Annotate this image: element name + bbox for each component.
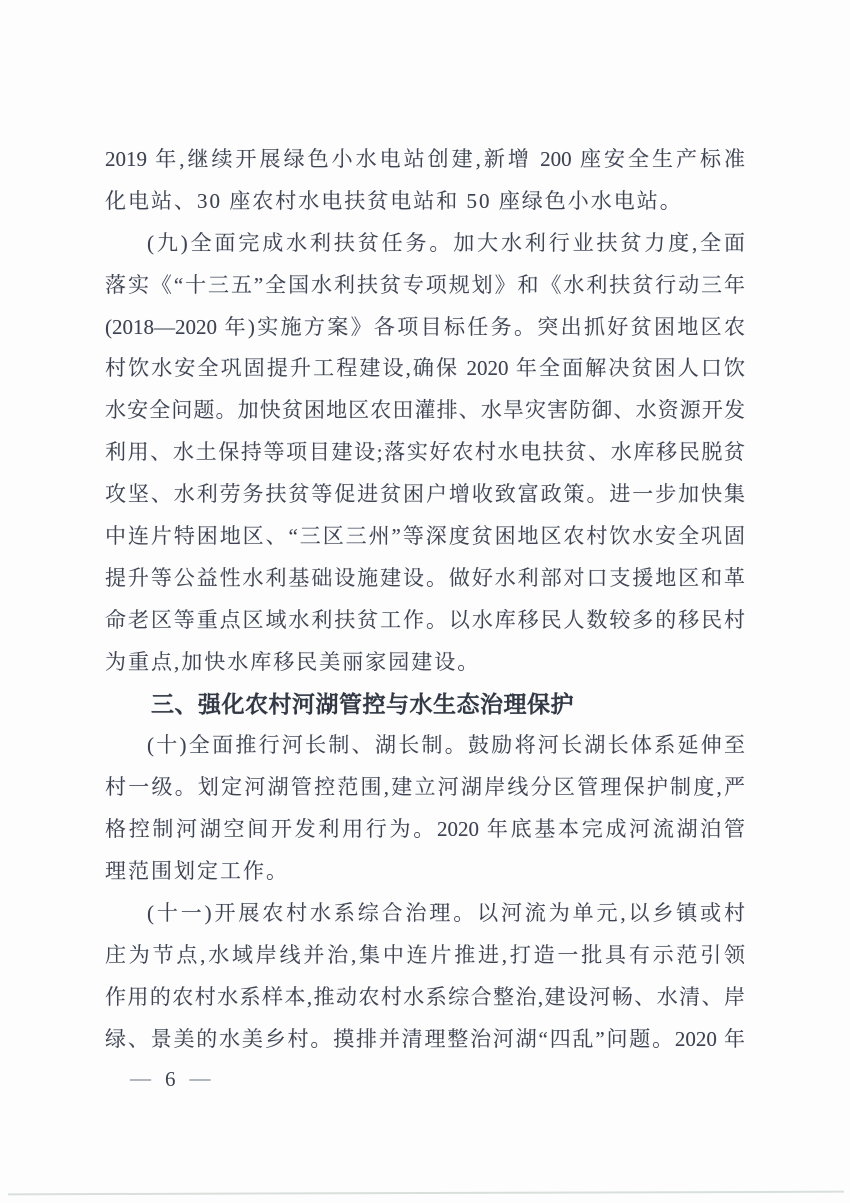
text-line: 村饮水安全巩固提升工程建设,确保 2020 年全面解决贫困人口饮 (105, 348, 745, 390)
text-line: 提升等公益性水利基础设施建设。做好水利部对口支援地区和革 (105, 558, 745, 600)
text-line: (十一)开展农村水系综合治理。以河流为单元,以乡镇或村 (105, 893, 745, 935)
page-footer: — 6 — (130, 1064, 211, 1094)
text-line: 为重点,加快水库移民美丽家园建设。 (105, 642, 745, 684)
text-line: (2018—2020 年)实施方案》各项目标任务。突出抓好贫困地区农 (105, 307, 745, 349)
text-line: 庄为节点,水域岸线并治,集中连片推进,打造一批具有示范引领 (105, 935, 745, 977)
text-line: 化电站、30 座农村水电扶贫电站和 50 座绿色小水电站。 (105, 181, 745, 223)
text-line: (九)全面完成水利扶贫任务。加大水利行业扶贫力度,全面 (105, 223, 745, 265)
text-line: 理范围划定工作。 (105, 851, 745, 893)
scan-page-edge-line (8, 1191, 844, 1196)
text-line: 村一级。划定河湖管控范围,建立河湖岸线分区管理保护制度,严 (105, 767, 745, 809)
text-line: 2019 年,继续开展绿色小水电站创建,新增 200 座安全生产标准 (105, 139, 745, 181)
footer-left-dash: — (130, 1063, 151, 1093)
section-heading: 三、强化农村河湖管控与水生态治理保护 (105, 684, 745, 726)
text-line: 水安全问题。加快贫困地区农田灌排、水旱灾害防御、水资源开发 (105, 390, 745, 432)
document-page: 2019 年,继续开展绿色小水电站创建,新增 200 座安全生产标准化电站、30… (0, 0, 850, 1203)
text-line: 作用的农村水系样本,推动农村水系综合整治,建设河畅、水清、岸 (105, 977, 745, 1019)
text-line: 攻坚、水利劳务扶贫等促进贫困户增收致富政策。进一步加快集 (105, 474, 745, 516)
footer-right-dash: — (190, 1063, 211, 1093)
page-number: 6 (165, 1064, 176, 1094)
text-line: 格控制河湖空间开发利用行为。2020 年底基本完成河流湖泊管 (105, 809, 745, 851)
text-line: (十)全面推行河长制、湖长制。鼓励将河长湖长体系延伸至 (105, 725, 745, 767)
text-line: 绿、景美的水美乡村。摸排并清理整治河湖“四乱”问题。2020 年 (105, 1019, 745, 1061)
text-line: 落实《“十三五”全国水利扶贫专项规划》和《水利扶贫行动三年 (105, 265, 745, 307)
text-line: 中连片特困地区、“三区三州”等深度贫困地区农村饮水安全巩固 (105, 516, 745, 558)
document-text-block: 2019 年,继续开展绿色小水电站创建,新增 200 座安全生产标准化电站、30… (105, 139, 745, 1061)
text-line: 利用、水土保持等项目建设;落实好农村水电扶贫、水库移民脱贫 (105, 432, 745, 474)
text-line: 命老区等重点区域水利扶贫工作。以水库移民人数较多的移民村 (105, 600, 745, 642)
